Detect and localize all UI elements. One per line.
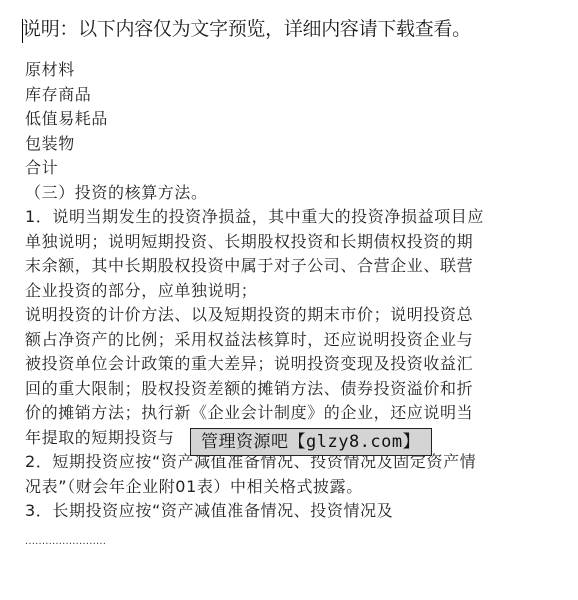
text-line: 低值易耗品: [25, 107, 555, 132]
text-line: 况表”（财会年企业附01表）中相关格式披露。: [25, 475, 555, 500]
text-line: 库存商品: [25, 83, 555, 108]
text-line: 被投资单位会计政策的重大差异；说明投资变现及投资收益汇: [25, 352, 555, 377]
text-line: 1．说明当期发生的投资净损益，其中重大的投资净损益项目应: [25, 205, 555, 230]
text-line: 回的重大限制；股权投资差额的摊销方法、债券投资溢价和折: [25, 377, 555, 402]
text-line: 说明投资的计价方法、以及短期投资的期末市价；说明投资总: [25, 303, 555, 328]
text-line: 原材料: [25, 58, 555, 83]
text-line: 企业投资的部分，应单独说明；: [25, 279, 555, 304]
text-line: 包装物: [25, 132, 555, 157]
text-line: 额占净资产的比例；采用权益法核算时，还应说明投资企业与: [25, 328, 555, 353]
section-heading: （三）投资的核算方法。: [25, 181, 555, 206]
watermark-banner: 管理资源吧【glzy8.com】: [190, 428, 432, 456]
truncation-dots: ························: [25, 539, 106, 550]
text-line: 末余额，其中长期股权投资中属于对子公司、合营企业、联营: [25, 254, 555, 279]
preview-notice: 说明：以下内容仅为文字预览，详细内容请下载查看。: [22, 16, 471, 42]
text-line: 单独说明；说明短期投资、长期股权投资和长期债权投资的期: [25, 230, 555, 255]
text-line: 3．长期投资应按“资产减值准备情况、投资情况及: [25, 499, 555, 524]
text-line: 合计: [25, 156, 555, 181]
text-line: 价的摊销方法；执行新《企业会计制度》的企业，还应说明当: [25, 401, 555, 426]
